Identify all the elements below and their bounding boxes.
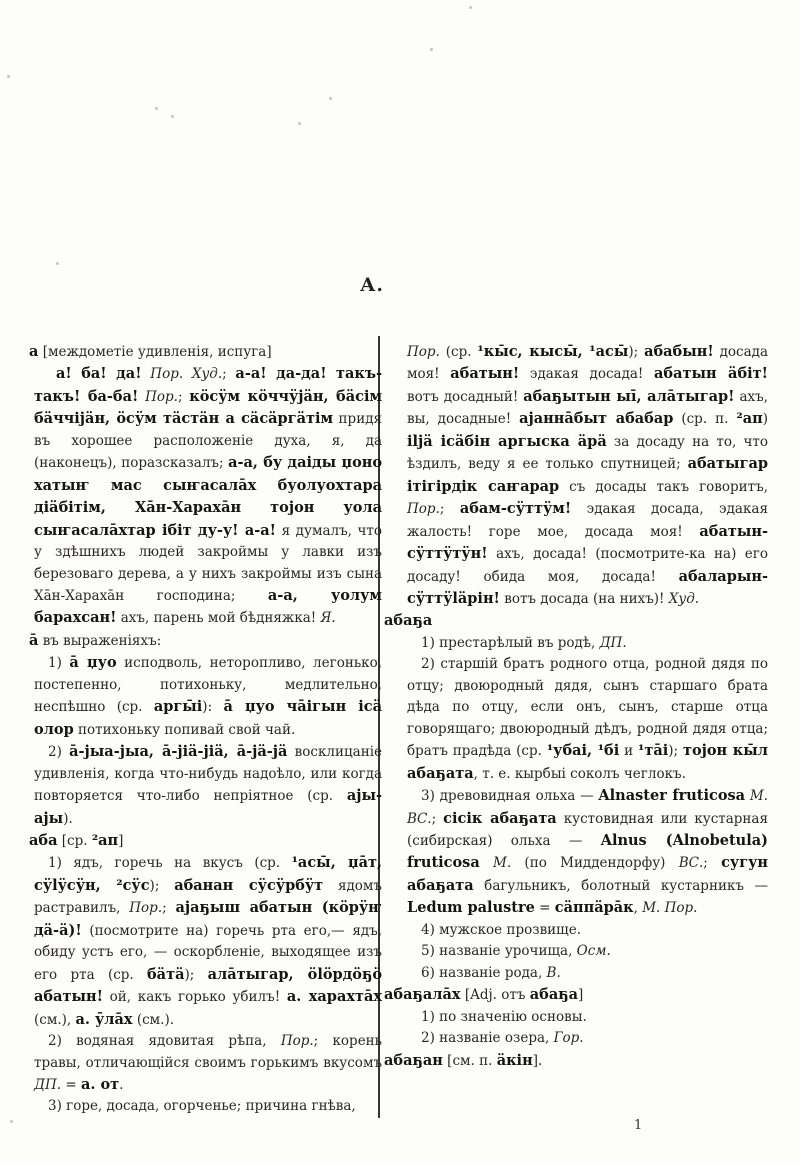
entry-headword: а [междометіе удивленія, испуга] [29,341,382,363]
yakut-term: а [29,343,38,360]
gloss-text: 2) водяная ядовитая рѣпа, [48,1033,281,1049]
page-number: 1 [634,1118,642,1133]
scan-speck [298,122,301,125]
yakut-term: абаҕа [530,986,578,1003]
gloss-text: и [619,743,638,759]
gloss-text [142,366,151,382]
yakut-term: Alnaster fruticosa [598,787,745,804]
yakut-term: ¹кы̄с, кысы̄, ¹асы̄ [477,343,628,360]
yakut-term: абаҕалāх [384,986,461,1003]
sense-paragraph: 1) по значенію основы. [407,1007,768,1028]
entry-headword: абаҕалāх [Adj. отъ абаҕа] [384,984,768,1006]
scan-speck [155,107,158,110]
gloss-text: ; [162,900,175,916]
yakut-term: абабын! [644,343,714,360]
gloss-text: , т. е. кырбыі соколъ чеглокъ. [474,766,686,782]
gloss-text: 3) древовидная ольха — [421,788,598,804]
sense-paragraph: 4) мужское прозвище. [407,920,768,941]
gloss-text: (см.), [34,1012,75,1028]
source-abbreviation: Осм. [577,943,611,959]
yakut-term: äкін [497,1052,533,1069]
yakut-term: абаҕа [384,612,432,629]
text-columns: а [междометіе удивленія, испуга]а! ба! д… [34,341,768,1118]
yakut-term: абатын! [450,365,519,382]
sense-paragraph: 2) ā-jыа-jыа, ā-jіä-jіä, ā-jä-jä восклиц… [34,741,382,830]
scan-speck [171,115,174,118]
gloss-text: [см. п. [443,1053,497,1069]
gloss-text: ахъ, парень мой бѣдняжка! [116,610,320,626]
gloss-text: (по Миддендорфу) [511,855,679,871]
gloss-text: ); [184,967,207,983]
source-abbreviation: Пор. [145,389,178,405]
sense-paragraph: 2) водяная ядовитая рѣпа, Пор.; корень т… [34,1031,382,1096]
yakut-term: а! ба! да! [56,365,142,382]
sense-paragraph: 2) названіе озера, Гор. [407,1028,768,1049]
yakut-term: абанан сӱсӱрбӱт [174,877,323,894]
gloss-text [480,855,493,871]
scan-speck [430,48,433,51]
gloss-text: 4) мужское прозвище. [421,922,581,938]
yakut-term: бäтä [147,966,184,983]
yakut-term: сісік абаҕата [443,810,557,827]
section-letter-heading: А. [332,274,412,296]
gloss-text: 1) [48,655,69,671]
entry-headword: абаҕа [384,610,768,632]
gloss-text: 2) названіе озера, [421,1030,554,1046]
source-abbreviation: Пор. Худ. [150,366,222,382]
gloss-text: ] [118,833,123,849]
source-abbreviation: М. [493,855,511,871]
gloss-text: потихоньку попивай свой чай. [74,722,296,738]
yakut-term: іljä ісäбін аргыска äрä [407,433,607,450]
sense-paragraph: 3) древовидная ольха — Alnaster fruticos… [407,785,768,920]
yakut-term: ā џуо [69,654,116,671]
gloss-text: багульникъ, болотный кустарникъ — [474,878,768,894]
gloss-text: 3) горе, досада, огорченье; причина гнѣв… [48,1098,356,1114]
entry-headword: ā въ выраженіяхъ: [29,630,382,652]
gloss-text: ): [202,699,223,715]
gloss-text: эдакая досада! [519,366,654,382]
yakut-term: ā-jыа-jыа, ā-jіä-jіä, ā-jä-jä [69,743,287,760]
yakut-term: абаҕан [384,1052,443,1069]
source-abbreviation: Пор. [407,501,440,517]
gloss-text: , [634,900,643,916]
gloss-text: 1) престарѣлый въ родѣ, [421,635,600,651]
source-abbreviation: ДП. [34,1077,61,1093]
gloss-text: вотъ досадный! [407,389,523,405]
gloss-text: (см.). [133,1012,174,1028]
gloss-text: ]. [533,1053,543,1069]
yakut-term: аjаннāбыт абабар [519,410,673,427]
yakut-term: а. харахтāх [287,988,382,1005]
yakut-term: абатын äбіт! [654,365,768,382]
gloss-text: ] [578,987,583,1003]
yakut-term: ¹тāі [638,742,668,759]
gloss-text: ; [222,366,235,382]
scan-speck [329,97,332,100]
source-abbreviation: Пор. [129,900,162,916]
yakut-term: Ledum palustre [407,899,535,916]
sense-paragraph: 1) ā џуо исподволь, неторопливо, легоньк… [34,652,382,741]
source-abbreviation: Я. [321,610,336,626]
dictionary-page: А. а [междометіе удивленія, испуга]а! ба… [0,0,800,1165]
gloss-text: ) [763,411,768,427]
scan-speck [7,75,10,78]
sense-paragraph: 1) ядъ, горечь на вкусъ (ср. ¹асы̄, џāт,… [34,852,382,1031]
yakut-term: ²ап [736,410,762,427]
scan-speck [10,1120,13,1123]
sense-paragraph: 5) названіе урочища, Осм. [407,941,768,962]
yakut-term: абам-сӱттӱм! [460,500,571,517]
gloss-text: 2) [48,744,69,760]
scan-speck [56,262,59,265]
sense-paragraph: 2) старшій братъ родного отца, родной дя… [407,654,768,785]
gloss-text: 6) названіе рода, [421,965,547,981]
source-abbreviation: ДП. [600,635,627,651]
continuation-paragraph: Пор. (ср. ¹кы̄с, кысы̄, ¹асы̄); абабын! … [407,341,768,610]
gloss-text: въ выраженіяхъ: [38,633,161,649]
left-column: а [междометіе удивленія, испуга]а! ба! д… [34,341,382,1118]
source-abbreviation: Пор. [281,1033,314,1049]
gloss-text: ; [440,501,460,517]
entry-headword: аба [ср. ²ап] [29,830,382,852]
gloss-text: съ досады такъ говоритъ, [559,479,768,495]
gloss-text: [междометіе удивленія, испуга] [38,344,271,360]
entry-headword: абаҕан [см. п. äкін]. [384,1050,768,1072]
gloss-text: вотъ досада (на нихъ)! [500,591,669,607]
yakut-term: а. ӯлāх [75,1011,132,1028]
gloss-text: ); [668,743,683,759]
entry-body-paragraph: а! ба! да! Пор. Худ.; а-а! да-да! такъ-т… [34,363,382,629]
sense-paragraph: 6) названіе рода, В. [407,963,768,984]
gloss-text: ; [703,855,721,871]
gloss-text: ); [628,344,644,360]
gloss-text: = [535,900,555,916]
gloss-text: 5) названіе урочища, [421,943,577,959]
yakut-term: ā [29,632,38,649]
source-abbreviation: Гор. [554,1030,584,1046]
yakut-term: а. от [81,1076,119,1093]
gloss-text: [Adj. отъ [461,987,530,1003]
gloss-text: ; [432,811,444,827]
right-column: Пор. (ср. ¹кы̄с, кысы̄, ¹асы̄); абабын! … [407,341,768,1118]
source-abbreviation: ВС. [679,855,704,871]
yakut-term: абаҕытын ыī, алāтыгар! [523,388,734,405]
gloss-text: 1) ядъ, горечь на вкусъ (ср. [48,855,292,871]
gloss-text: ); [150,878,175,894]
yakut-term: ²ап [92,832,118,849]
sense-paragraph: 1) престарѣлый въ родѣ, ДП. [407,633,768,654]
sense-paragraph: 3) горе, досада, огорченье; причина гнѣв… [34,1096,382,1117]
yakut-term: аргы̄і [154,698,202,715]
gloss-text: [ср. [57,833,91,849]
gloss-text: 1) по значенію основы. [421,1009,587,1025]
gloss-text: = [61,1077,81,1093]
gloss-text: ; [178,389,189,405]
source-abbreviation: В. [547,965,561,981]
source-abbreviation: М. Пор. [642,900,697,916]
yakut-term: сäппäрāк [555,899,634,916]
gloss-text: ). [63,811,73,827]
gloss-text: (ср. п. [673,411,736,427]
source-abbreviation: Пор. [407,344,440,360]
gloss-text: . [119,1077,123,1093]
scan-speck [469,6,472,9]
source-abbreviation: Худ. [669,591,699,607]
yakut-term: ¹убаі, ¹бі [547,742,619,759]
yakut-term: аба [29,832,57,849]
gloss-text: ой, какъ горько убилъ! [103,989,287,1005]
gloss-text: (ср. [440,344,478,360]
